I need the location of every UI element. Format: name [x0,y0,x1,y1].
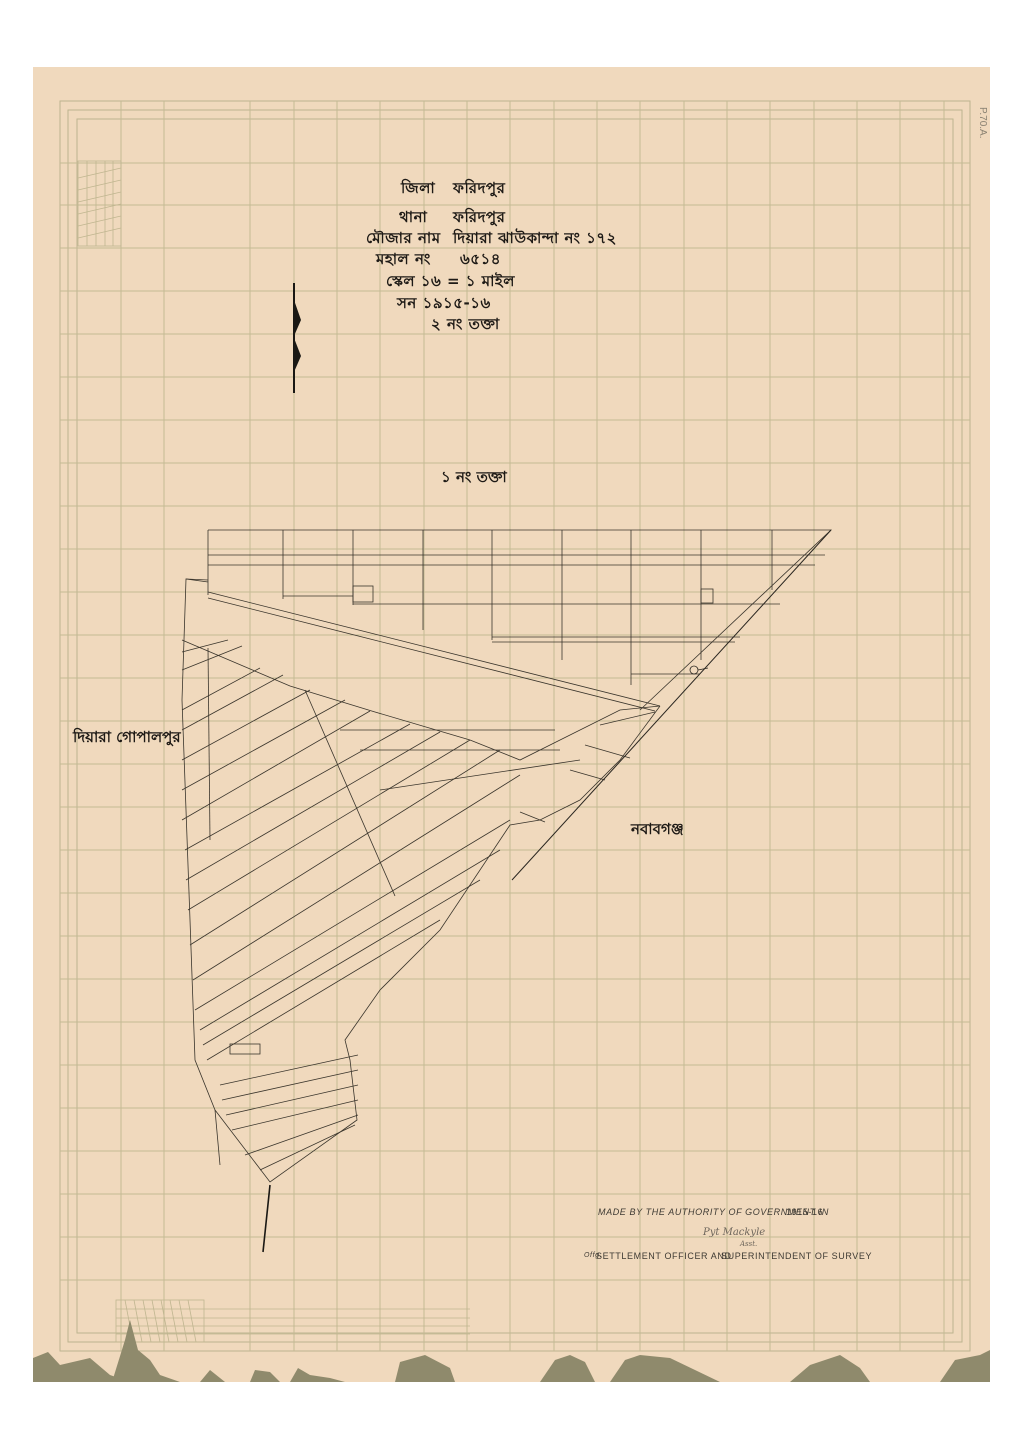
parcel-boundaries [182,530,831,1182]
diagonal-scale-top [78,161,121,246]
sheet-code: P.70.A. [977,107,988,139]
authority-year: 1915-16 [786,1207,823,1217]
sheet-number: ২ নং তক্তা [431,313,500,338]
district-label: জিলা [401,177,435,202]
diagonal-scale-bottom [116,1300,470,1342]
grid-lines [60,101,970,1351]
signature-note: Asst. [740,1240,757,1248]
south-marker-line [263,1185,270,1252]
district-value: ফরিদপুর [453,177,505,202]
frame-borders [60,101,970,1351]
map-canvas [33,67,990,1382]
adjacent-sheet-label: ১ নং তক্তা [441,466,507,491]
signature: Pyt Mackyle [703,1227,765,1238]
map-sheet: জিলা ফরিদপুর থানা ফরিদপুর মৌজার নাম দিয়… [33,67,990,1382]
east-neighbor-label: নবাবগঞ্জ [631,818,684,843]
west-neighbor-label: দিয়ারা গোপালপুর [73,726,181,751]
office-text: SETTLEMENT OFFICER AND [596,1251,732,1261]
office-text-2: SUPERINTENDENT OF SURVEY [721,1251,872,1261]
boundary-pillar-icon [690,666,698,674]
